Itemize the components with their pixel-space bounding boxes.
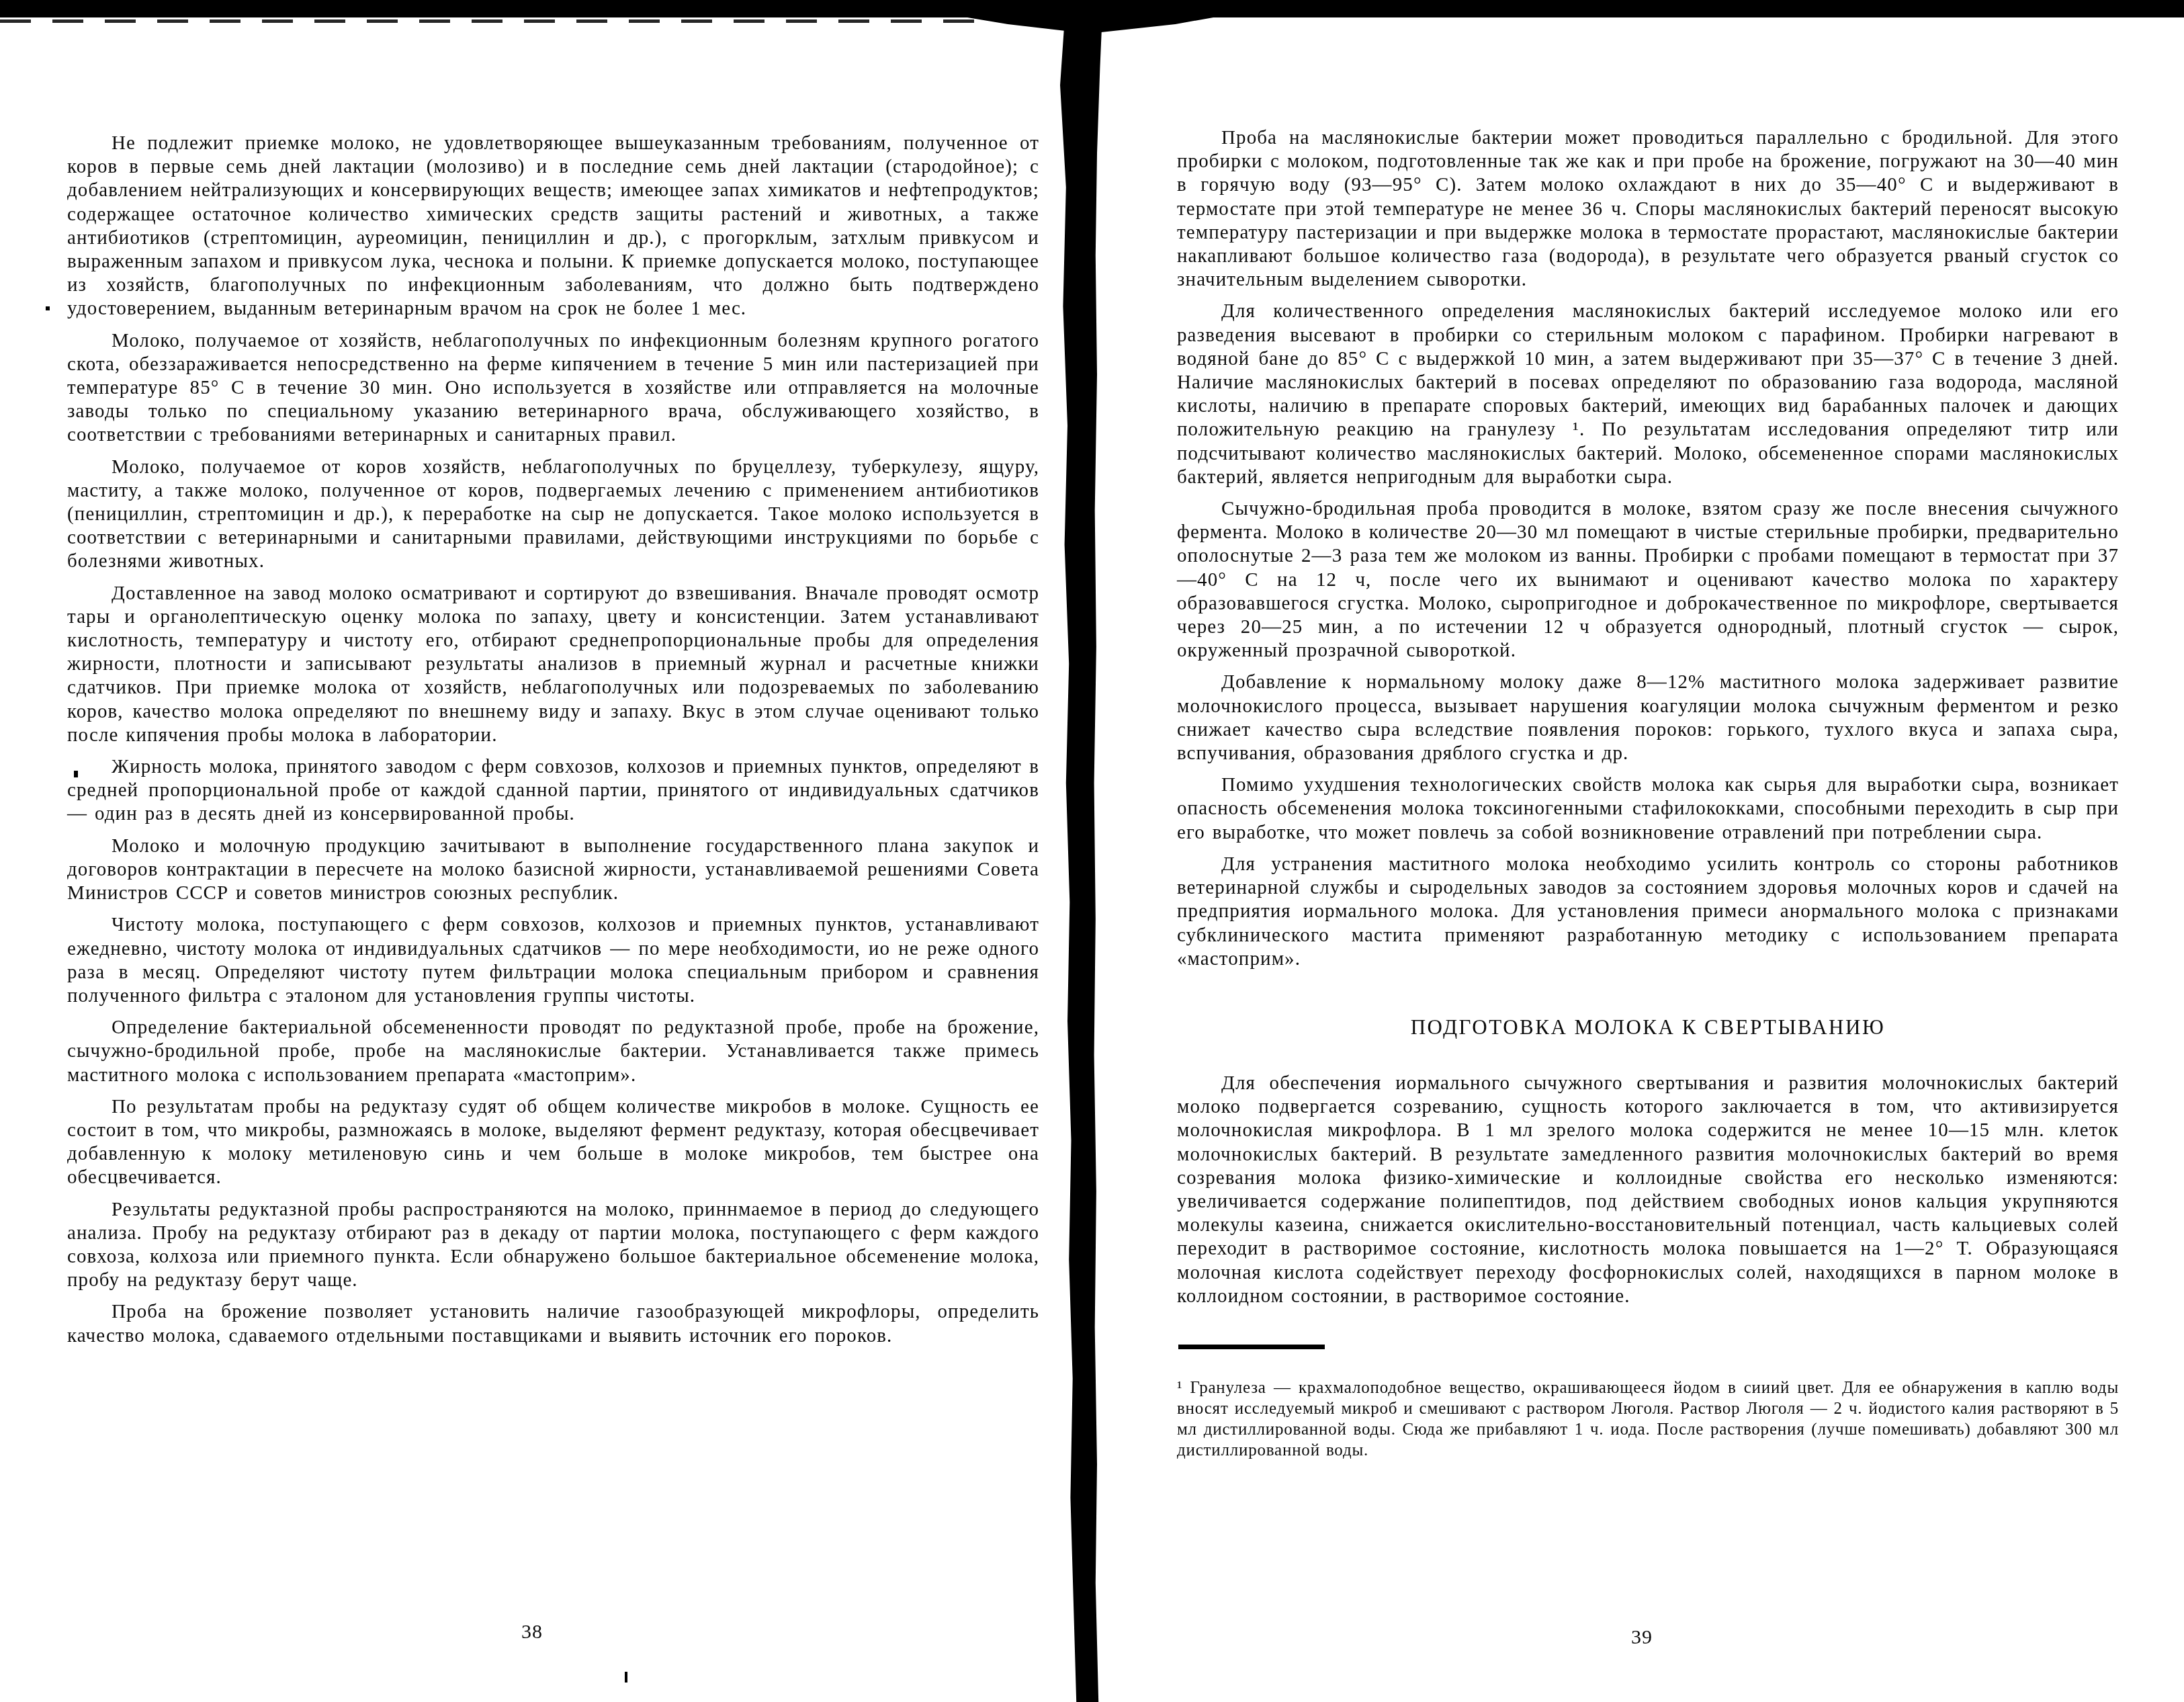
paragraph: Сычужно-бродильная проба проводится в мо… — [1177, 497, 2119, 663]
paragraph: Жирность молока, принятого заводом с фер… — [67, 755, 1039, 826]
scan-speck — [625, 1672, 627, 1683]
page-number-39: 39 — [1631, 1626, 1653, 1649]
page-number-38: 38 — [521, 1621, 543, 1644]
paragraph: Не подлежит приемке молоко, не удовлетво… — [67, 132, 1039, 321]
footnote-rule — [1178, 1345, 1325, 1349]
paragraph: Для обеспечения иормального сычужного св… — [1177, 1072, 2119, 1308]
paragraph: Проба на брожение позволяет установить н… — [67, 1300, 1039, 1347]
paragraph: Для устранения маститного молока необход… — [1177, 853, 2119, 971]
section-heading: ПОДГОТОВКА МОЛОКА К СВЕРТЫВАНИЮ — [1177, 1015, 2119, 1039]
paragraph: Молоко, получаемое от коров хозяйств, не… — [67, 456, 1039, 574]
book-gutter-shadow — [1038, 0, 1112, 1702]
paragraph: Доставленное на завод молоко осматривают… — [67, 582, 1039, 747]
paragraph: Молоко и молочную продукцию зачитывают в… — [67, 835, 1039, 906]
paragraph: Результаты редуктазной пробы распростран… — [67, 1198, 1039, 1293]
right-page: Проба на маслянокислые бактерии может пр… — [1177, 126, 2119, 1461]
footnote: ¹ Гранулеза — крахмалоподобное вещество,… — [1177, 1377, 2119, 1461]
paragraph: Помимо ухудшения технологических свойств… — [1177, 773, 2119, 845]
paragraph: По результатам пробы на редуктазу судят … — [67, 1095, 1039, 1190]
book-scan: Не подлежит приемке молоко, не удовлетво… — [0, 0, 2184, 1702]
left-page: Не подлежит приемке молоко, не удовлетво… — [67, 132, 1039, 1356]
scan-top-edge-ragged-line — [0, 19, 974, 23]
paragraph: Добавление к нормальному молоку даже 8—1… — [1177, 671, 2119, 765]
paragraph: Проба на маслянокислые бактерии может пр… — [1177, 126, 2119, 292]
paragraph: Молоко, получаемое от хозяйств, неблагоп… — [67, 329, 1039, 448]
book-gutter-top-shadow — [967, 0, 1256, 34]
paragraph: Определение бактериальной обсемененности… — [67, 1016, 1039, 1087]
paragraph: Чистоту молока, поступающего с ферм совх… — [67, 913, 1039, 1008]
paragraph: Для количественного определения маслянок… — [1177, 300, 2119, 489]
scan-speck — [46, 306, 50, 310]
